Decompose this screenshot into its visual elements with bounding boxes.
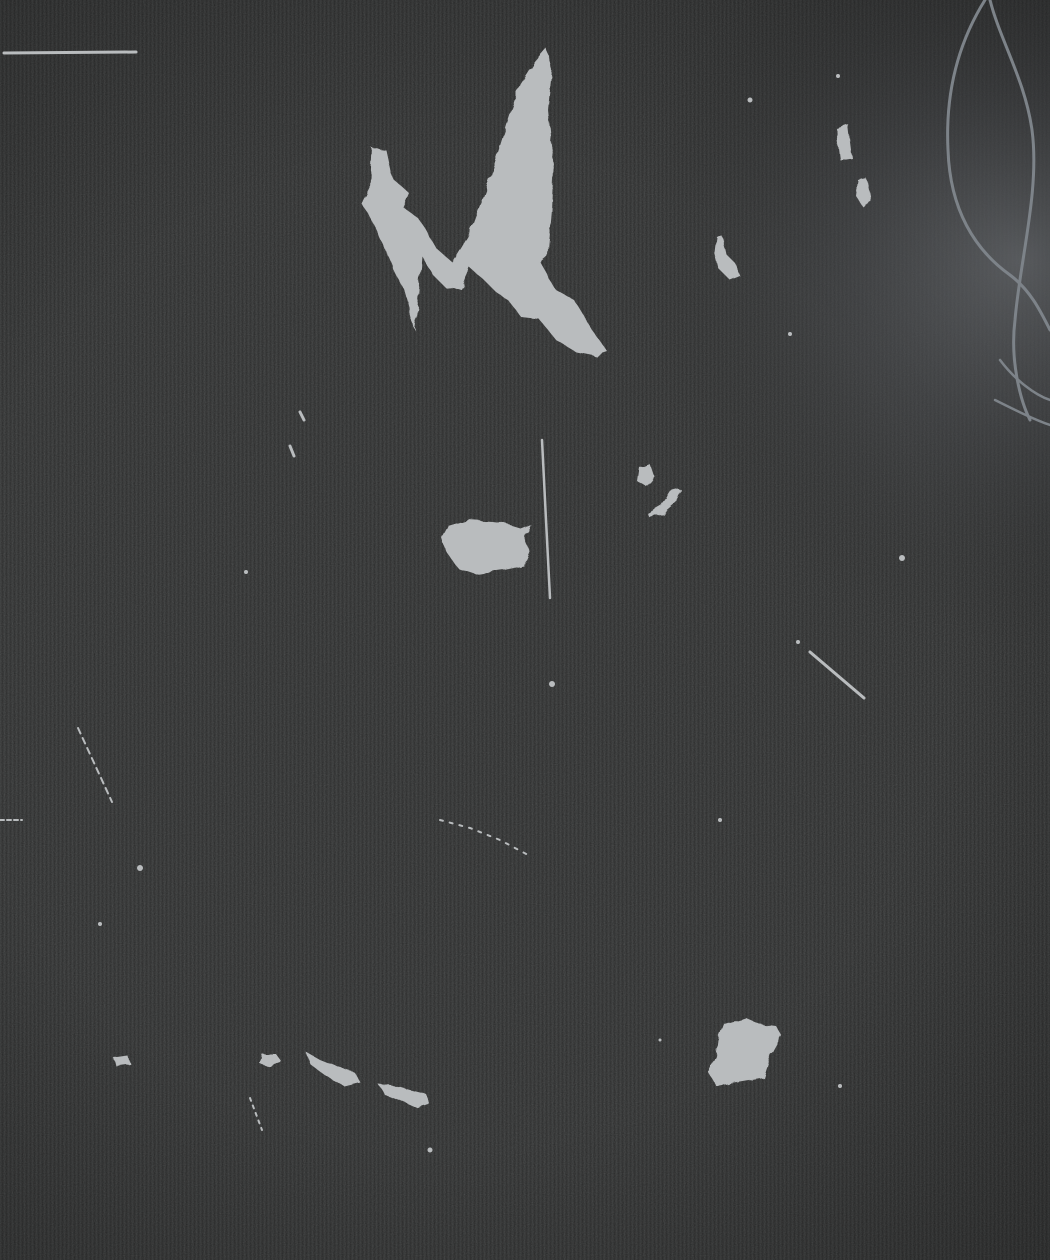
fabric-canvas bbox=[0, 0, 1050, 1260]
top-left-line bbox=[4, 52, 136, 53]
fabric-photo bbox=[0, 0, 1050, 1260]
